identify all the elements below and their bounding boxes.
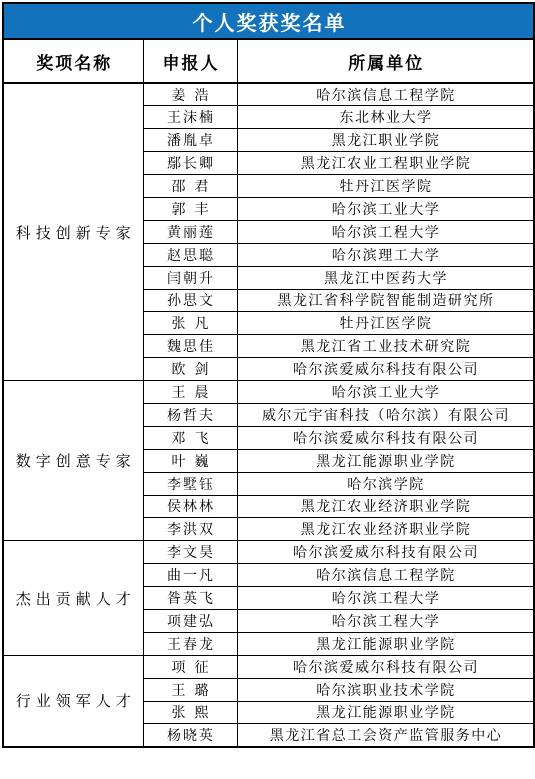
applicant-name-cell: 项建弘	[143, 609, 237, 632]
unit-name-cell: 黑龙江职业学院	[237, 129, 534, 152]
table-title: 个人奖获奖名单	[3, 3, 534, 39]
unit-name-cell: 哈尔滨爱威尔科技有限公司	[237, 655, 534, 678]
applicant-name-cell: 邓飞	[143, 426, 237, 449]
unit-name-cell: 黑龙江能源职业学院	[237, 701, 534, 724]
table-row: 杰出贡献人才李文昊哈尔滨爱威尔科技有限公司	[3, 541, 534, 564]
column-header-applicant: 申报人	[143, 39, 237, 83]
applicant-name-cell: 杨晓英	[143, 724, 237, 747]
unit-name-cell: 牡丹江医学院	[237, 312, 534, 335]
applicant-name-cell: 王璐	[143, 678, 237, 701]
award-table-body: 科技创新专家姜浩哈尔滨信息工程学院王沫楠东北林业大学潘胤卓黑龙江职业学院鄢长卿黑…	[3, 83, 534, 747]
unit-name-cell: 威尔元宇宙科技（哈尔滨）有限公司	[237, 403, 534, 426]
unit-name-cell: 哈尔滨信息工程学院	[237, 83, 534, 106]
column-header-award: 奖项名称	[3, 39, 143, 83]
award-name-cell: 数字创意专家	[3, 381, 143, 541]
unit-name-cell: 哈尔滨职业技术学院	[237, 678, 534, 701]
unit-name-cell: 哈尔滨工程大学	[237, 609, 534, 632]
applicant-name-cell: 叶巍	[143, 449, 237, 472]
title-row: 个人奖获奖名单	[3, 3, 534, 39]
applicant-name-cell: 项征	[143, 655, 237, 678]
award-name-cell: 杰出贡献人才	[3, 541, 143, 655]
applicant-name-cell: 李洪双	[143, 518, 237, 541]
applicant-name-cell: 姜浩	[143, 83, 237, 106]
applicant-name-cell: 赵思聪	[143, 243, 237, 266]
applicant-name-cell: 杨哲夫	[143, 403, 237, 426]
unit-name-cell: 黑龙江中医药大学	[237, 266, 534, 289]
applicant-name-cell: 王晨	[143, 381, 237, 404]
unit-name-cell: 哈尔滨爱威尔科技有限公司	[237, 426, 534, 449]
award-name-cell: 行业领军人才	[3, 655, 143, 747]
applicant-name-cell: 郭丰	[143, 197, 237, 220]
applicant-name-cell: 魏思佳	[143, 335, 237, 358]
applicant-name-cell: 黄丽莲	[143, 220, 237, 243]
table-row: 科技创新专家姜浩哈尔滨信息工程学院	[3, 83, 534, 106]
unit-name-cell: 黑龙江农业经济职业学院	[237, 495, 534, 518]
applicant-name-cell: 昝英飞	[143, 587, 237, 610]
applicant-name-cell: 李墅钰	[143, 472, 237, 495]
applicant-name-cell: 侯林林	[143, 495, 237, 518]
unit-name-cell: 哈尔滨工业大学	[237, 381, 534, 404]
applicant-name-cell: 王春龙	[143, 632, 237, 655]
unit-name-cell: 哈尔滨爱威尔科技有限公司	[237, 358, 534, 381]
applicant-name-cell: 张凡	[143, 312, 237, 335]
unit-name-cell: 东北林业大学	[237, 106, 534, 129]
applicant-name-cell: 欧剑	[143, 358, 237, 381]
applicant-name-cell: 闫朝升	[143, 266, 237, 289]
unit-name-cell: 哈尔滨爱威尔科技有限公司	[237, 541, 534, 564]
unit-name-cell: 哈尔滨工业大学	[237, 197, 534, 220]
unit-name-cell: 黑龙江省总工会资产监管服务中心	[237, 724, 534, 747]
award-table: 个人奖获奖名单 奖项名称 申报人 所属单位 科技创新专家姜浩哈尔滨信息工程学院王…	[2, 2, 535, 748]
column-header-unit: 所属单位	[237, 39, 534, 83]
unit-name-cell: 哈尔滨工程大学	[237, 220, 534, 243]
unit-name-cell: 黑龙江农业经济职业学院	[237, 518, 534, 541]
header-row: 奖项名称 申报人 所属单位	[3, 39, 534, 83]
applicant-name-cell: 孙思文	[143, 289, 237, 312]
applicant-name-cell: 王沫楠	[143, 106, 237, 129]
applicant-name-cell: 曲一凡	[143, 564, 237, 587]
unit-name-cell: 黑龙江省工业技术研究院	[237, 335, 534, 358]
unit-name-cell: 黑龙江农业工程职业学院	[237, 152, 534, 175]
applicant-name-cell: 潘胤卓	[143, 129, 237, 152]
table-row: 数字创意专家王晨哈尔滨工业大学	[3, 381, 534, 404]
applicant-name-cell: 邵君	[143, 175, 237, 198]
unit-name-cell: 哈尔滨信息工程学院	[237, 564, 534, 587]
unit-name-cell: 牡丹江医学院	[237, 175, 534, 198]
page: 个人奖获奖名单 奖项名称 申报人 所属单位 科技创新专家姜浩哈尔滨信息工程学院王…	[0, 0, 535, 779]
applicant-name-cell: 李文昊	[143, 541, 237, 564]
unit-name-cell: 黑龙江省科学院智能制造研究所	[237, 289, 534, 312]
applicant-name-cell: 张熙	[143, 701, 237, 724]
unit-name-cell: 哈尔滨工程大学	[237, 587, 534, 610]
award-name-cell: 科技创新专家	[3, 83, 143, 381]
unit-name-cell: 黑龙江能源职业学院	[237, 449, 534, 472]
unit-name-cell: 哈尔滨学院	[237, 472, 534, 495]
applicant-name-cell: 鄢长卿	[143, 152, 237, 175]
table-row: 行业领军人才项征哈尔滨爱威尔科技有限公司	[3, 655, 534, 678]
unit-name-cell: 哈尔滨理工大学	[237, 243, 534, 266]
unit-name-cell: 黑龙江能源职业学院	[237, 632, 534, 655]
